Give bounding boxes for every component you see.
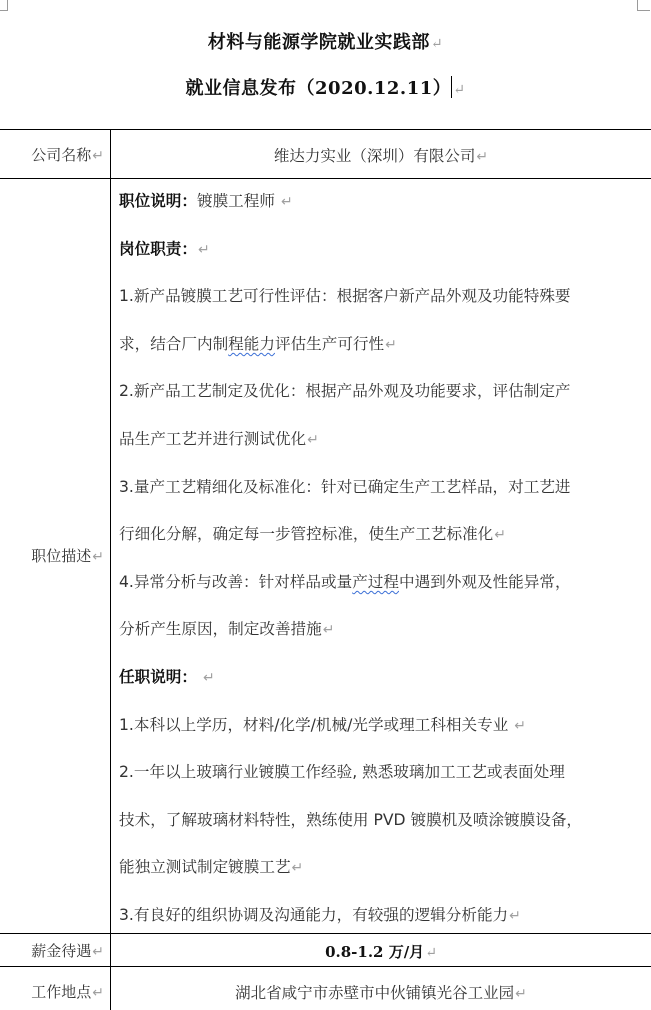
- company-name: 维达力实业（深圳）有限公司: [274, 147, 476, 165]
- table-border-top: [0, 129, 651, 130]
- table-row-divider: [0, 966, 651, 967]
- requirement-2-line-2: 技术，了解玻璃材料特性，熟练使用 PVD 镀膜机及喷涂镀膜设备，: [119, 799, 647, 847]
- subtitle-text: 就业信息发布（2020.12.11）: [186, 78, 452, 99]
- duties-heading-line: 岗位职责：↵: [119, 228, 647, 276]
- paragraph-mark-icon: ↵: [292, 860, 304, 876]
- paragraph-mark-icon: ↵: [203, 670, 215, 686]
- document-title: 材料与能源学院就业实践部↵: [0, 28, 651, 54]
- duty-2-line-2: 品生产工艺并进行测试优化↵: [119, 418, 647, 466]
- position-title-line: 职位说明：镀膜工程师 ↵: [119, 180, 647, 228]
- duty-text: 4.异常分析与改善：针对样品或量: [119, 573, 352, 591]
- duty-2-line-1: 2.新产品工艺制定及优化：根据产品外观及功能要求，评估制定产: [119, 370, 647, 418]
- requirement-2-line-1: 2.一年以上玻璃行业镀膜工作经验, 熟悉玻璃加工工艺或表面处理: [119, 751, 647, 799]
- duty-text: 评估生产可行性: [275, 335, 384, 353]
- requirement-text: 技术，了解玻璃材料特性，熟练使用 PVD 镀膜机及喷涂镀膜设备，: [119, 811, 582, 829]
- description-content[interactable]: 职位说明：镀膜工程师 ↵ 岗位职责：↵ 1.新产品镀膜工艺可行性评估：根据客户新…: [119, 180, 647, 942]
- company-label-cell: 公司名称↵: [0, 144, 104, 165]
- page-corner-mark-right: [637, 0, 650, 11]
- company-value-cell[interactable]: 维达力实业（深圳）有限公司↵: [111, 144, 651, 166]
- table-column-divider: [110, 129, 111, 1010]
- document-subtitle[interactable]: 就业信息发布（2020.12.11）↵: [0, 74, 651, 100]
- description-label: 职位描述: [31, 547, 91, 565]
- duty-1-line-1: 1.新产品镀膜工艺可行性评估：根据客户新产品外观及功能特殊要: [119, 275, 647, 323]
- paragraph-mark-icon: ↵: [92, 549, 104, 565]
- requirements-heading-line: 任职说明： ↵: [119, 656, 647, 704]
- paragraph-mark-icon: ↵: [281, 194, 293, 210]
- paragraph-mark-icon: ↵: [494, 527, 506, 543]
- paragraph-mark-icon: ↵: [92, 148, 104, 164]
- description-label-cell: 职位描述↵: [0, 545, 104, 566]
- paragraph-mark-icon: ↵: [92, 944, 104, 960]
- duty-4-line-1: 4.异常分析与改善：针对样品或量产过程中遇到外观及性能异常，: [119, 561, 647, 609]
- paragraph-mark-icon: ↵: [92, 985, 104, 1001]
- position-title: 镀膜工程师: [197, 192, 275, 210]
- duty-text: 分析产生原因，制定改善措施: [119, 620, 322, 638]
- company-label: 公司名称: [31, 146, 91, 164]
- salary-label-cell: 薪金待遇↵: [0, 940, 104, 961]
- requirement-1-line-1: 1.本科以上学历，材料/化学/机械/光学或理工科相关专业 ↵: [119, 704, 647, 752]
- table-row-divider: [0, 178, 651, 179]
- location-value-cell[interactable]: 湖北省咸宁市赤壁市中伙铺镇光谷工业园↵: [111, 981, 651, 1003]
- duty-4-line-2: 分析产生原因，制定改善措施↵: [119, 608, 647, 656]
- requirement-text: 能独立测试制定镀膜工艺: [119, 858, 291, 876]
- paragraph-mark-icon: ↵: [425, 945, 437, 961]
- duties-heading: 岗位职责：: [119, 240, 197, 258]
- requirement-3-line-1: 3.有良好的组织协调及沟通能力，有较强的逻辑分析能力↵: [119, 894, 647, 942]
- paragraph-mark-icon: ↵: [307, 432, 319, 448]
- requirements-heading: 任职说明：: [119, 668, 197, 686]
- location-label: 工作地点: [31, 983, 91, 1001]
- duty-text: 品生产工艺并进行测试优化: [119, 430, 306, 448]
- requirement-2-line-3: 能独立测试制定镀膜工艺↵: [119, 846, 647, 894]
- salary-value-cell[interactable]: 0.8-1.2 万/月↵: [111, 941, 651, 962]
- paragraph-mark-icon: ↵: [514, 718, 526, 734]
- duty-text: 3.量产工艺精细化及标准化：针对已确定生产工艺样品，对工艺进: [119, 478, 571, 496]
- duty-1-line-2: 求，结合厂内制程能力评估生产可行性↵: [119, 323, 647, 371]
- position-title-label: 职位说明：: [119, 192, 197, 210]
- location-label-cell: 工作地点↵: [0, 981, 104, 1002]
- duty-text: 行细化分解，确定每一步管控标准，使生产工艺标准化: [119, 525, 493, 543]
- spellcheck-flagged-text[interactable]: 产过程: [352, 573, 399, 591]
- title-text: 材料与能源学院就业实践部: [208, 32, 430, 53]
- paragraph-mark-icon: ↵: [515, 986, 527, 1002]
- salary-label: 薪金待遇: [31, 942, 91, 960]
- duty-3-line-1: 3.量产工艺精细化及标准化：针对已确定生产工艺样品，对工艺进: [119, 466, 647, 514]
- paragraph-mark-icon: ↵: [385, 337, 397, 353]
- requirement-text: 1.本科以上学历，材料/化学/机械/光学或理工科相关专业: [119, 716, 508, 734]
- paragraph-mark-icon: ↵: [323, 622, 335, 638]
- paragraph-mark-icon: ↵: [453, 82, 465, 98]
- paragraph-mark-icon: ↵: [198, 242, 210, 258]
- duty-text: 2.新产品工艺制定及优化：根据产品外观及功能要求，评估制定产: [119, 382, 571, 400]
- salary-value: 0.8-1.2 万/月: [325, 943, 424, 961]
- duty-text: 中遇到外观及性能异常，: [399, 573, 571, 591]
- duty-3-line-2: 行细化分解，确定每一步管控标准，使生产工艺标准化↵: [119, 513, 647, 561]
- paragraph-mark-icon: ↵: [431, 36, 443, 52]
- duty-text: 求，结合厂内制: [119, 335, 228, 353]
- duty-text: 1.新产品镀膜工艺可行性评估：根据客户新产品外观及功能特殊要: [119, 287, 571, 305]
- paragraph-mark-icon: ↵: [509, 908, 521, 924]
- requirement-text: 2.一年以上玻璃行业镀膜工作经验, 熟悉玻璃加工工艺或表面处理: [119, 763, 565, 781]
- spellcheck-flagged-text[interactable]: 程能力: [228, 335, 275, 353]
- paragraph-mark-icon: ↵: [476, 149, 488, 165]
- location-value: 湖北省咸宁市赤壁市中伙铺镇光谷工业园: [235, 984, 514, 1002]
- page-corner-mark-left: [0, 0, 8, 11]
- requirement-text: 3.有良好的组织协调及沟通能力，有较强的逻辑分析能力: [119, 906, 508, 924]
